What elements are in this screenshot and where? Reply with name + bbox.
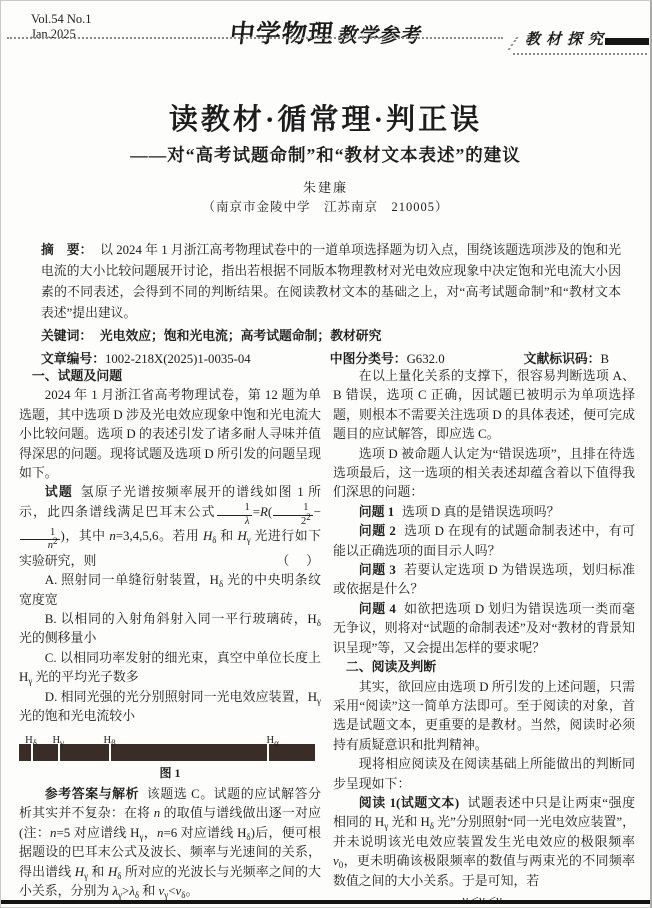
option-d: D. 相同光强的光分别照射同一光电效应装置，Hγ 光的饱和光电流较小 (19, 688, 321, 727)
label-h-alpha: Hα (267, 731, 279, 750)
label-h-beta: Hβ (104, 731, 116, 750)
keywords-line: 关键词：光电效应；饱和光电流；高考试题命制；教材研究 (41, 326, 621, 347)
balmer-formula-minus: − (314, 505, 321, 519)
analysis-paragraph-2: 选项 D 被命题人认定为“错误选项”，且排在待选选项最后，这一选项的相关表述却蕴… (333, 445, 635, 503)
header-dotted-rule (7, 37, 503, 39)
balmer-formula-eq: =R( (253, 505, 272, 519)
abstract-label: 摘 要： (41, 243, 92, 257)
intro-paragraph: 2024 年 1 月浙江省高考物理试卷，第 12 题为单选题，其中选项 D 涉及… (19, 386, 321, 483)
tag-dotted-underline (513, 53, 647, 55)
keywords-text: 光电效应；饱和光电流；高考试题命制；教材研究 (100, 329, 382, 343)
journal-name-calligraphy: 中学物理 (229, 14, 337, 50)
right-column: 在以上量化关系的支撑下，很容易判断选项 A、B 错误，选项 C 正确，因试题已被… (333, 367, 635, 901)
exam-question-paragraph: 试题氢原子光谱按频率展开的谱线如图 1 所示，此四条谱线满足巴耳末公式1λ=R(… (19, 483, 321, 571)
column-tag: 教材探究 (521, 28, 613, 49)
option-b: B. 以相同的入射角斜射入同一平行玻璃砖，Hδ 光的侧移量小 (19, 610, 321, 649)
question-item-1: 问题 1选项 D 真的是错误选项吗？ (333, 503, 635, 522)
answer-analysis-paragraph: 参考答案与解析该题选 C。试题的应试解答分析其实并不复杂：在将 n 的取值与谱线… (19, 785, 321, 901)
abstract-block: 摘 要：以 2024 年 1 月浙江高考物理试卷中的一道单项选择题为切入点，围绕… (41, 240, 621, 370)
article-title: 读教材·循常理·判正误 (1, 97, 650, 138)
section-2-heading: 二、阅读及判断 (333, 658, 635, 677)
author-affiliation: （南京市金陵中学 江苏南京 210005） (1, 197, 650, 215)
answer-analysis-label: 参考答案与解析 (45, 787, 139, 801)
section-1-heading: 一、试题及问题 (19, 367, 321, 386)
reading-transition-paragraph: 现将相应阅读及在阅读基础上所能做出的判断同步呈现如下： (333, 755, 635, 794)
label-h-delta: Hδ (25, 731, 37, 750)
question-item-4: 问题 4如欲把选项 D 划归为错误选项一类而毫无争议，则将对“试题的命制表述”及… (333, 600, 635, 658)
question-item-2: 问题 2选项 D 在现有的试题命制表述中，有可能以正确选项的面目示人吗？ (333, 522, 635, 561)
page-bottom-rule (1, 900, 650, 904)
abstract-paragraph: 摘 要：以 2024 年 1 月浙江高考物理试卷中的一道单项选择题为切入点，围绕… (41, 240, 621, 324)
option-c: C. 以相同功率发射的细光束，真空中单位长度上 Hγ 光的平均光子数多 (19, 649, 321, 688)
journal-page: Vol.54 No.1 Jan.2025 中学物理教学参考 教材探究 读教材·循… (0, 0, 652, 908)
reading-1-label: 阅读 1(试题文本) (359, 796, 459, 810)
abstract-text: 以 2024 年 1 月浙江高考物理试卷中的一道单项选择题为切入点，围绕该题选项… (41, 243, 621, 320)
balmer-formula-frac1: 1λ (217, 503, 252, 527)
answer-analysis-text: 该题选 C。试题的应试解答分析其实并不复杂：在将 n 的取值与谱线做出逐一对应(… (19, 787, 321, 898)
spectral-line-labels: Hδ Hγ Hβ Hα (19, 731, 321, 744)
reading-1-paragraph: 阅读 1(试题文本)试题表述中只是让两束“强度相同的 Hγ 光和 Hδ 光”分别… (333, 794, 635, 891)
spectrum-segment (60, 744, 109, 761)
journal-name-suffix: 教学参考 (337, 19, 421, 48)
analysis-paragraph-1: 在以上量化关系的支撑下，很容易判断选项 A、B 错误，选项 C 正确，因试题已被… (333, 367, 635, 445)
reading-intro-paragraph: 其实，欲回应由选项 D 所引发的上述问题，只需采用“阅读”这一简单方法即可。至于… (333, 678, 635, 756)
option-a: A. 照射同一单缝衍射装置，Hδ 光的中央明条纹宽度宽 (19, 571, 321, 610)
left-column: 一、试题及问题 2024 年 1 月浙江省高考物理试卷，第 12 题为单选题，其… (19, 367, 321, 901)
figure-1-caption: 图 1 (19, 764, 321, 783)
question-item-3: 问题 3若要认定选项 D 为错误选项，划归标准或依据是什么？ (333, 561, 635, 600)
answer-blank: （ ） (251, 552, 321, 571)
header-black-bar (605, 38, 649, 45)
balmer-formula-frac3: 1n2 (20, 528, 60, 552)
author-name: 朱建廉 (1, 177, 650, 196)
label-h-gamma: Hγ (52, 731, 64, 750)
spectrum-segment (111, 744, 267, 761)
article-body: 一、试题及问题 2024 年 1 月浙江省高考物理试卷，第 12 题为单选题，其… (19, 367, 635, 901)
keywords-label: 关键词： (41, 329, 92, 343)
article-subtitle: ——对“高考试题命制”和“教材文本表述”的建议 (1, 142, 650, 167)
question-label: 试题 (45, 485, 73, 499)
figure-1: Hδ Hγ Hβ Hα 图 1 (19, 731, 321, 783)
balmer-formula-frac2: 122 (273, 503, 313, 527)
